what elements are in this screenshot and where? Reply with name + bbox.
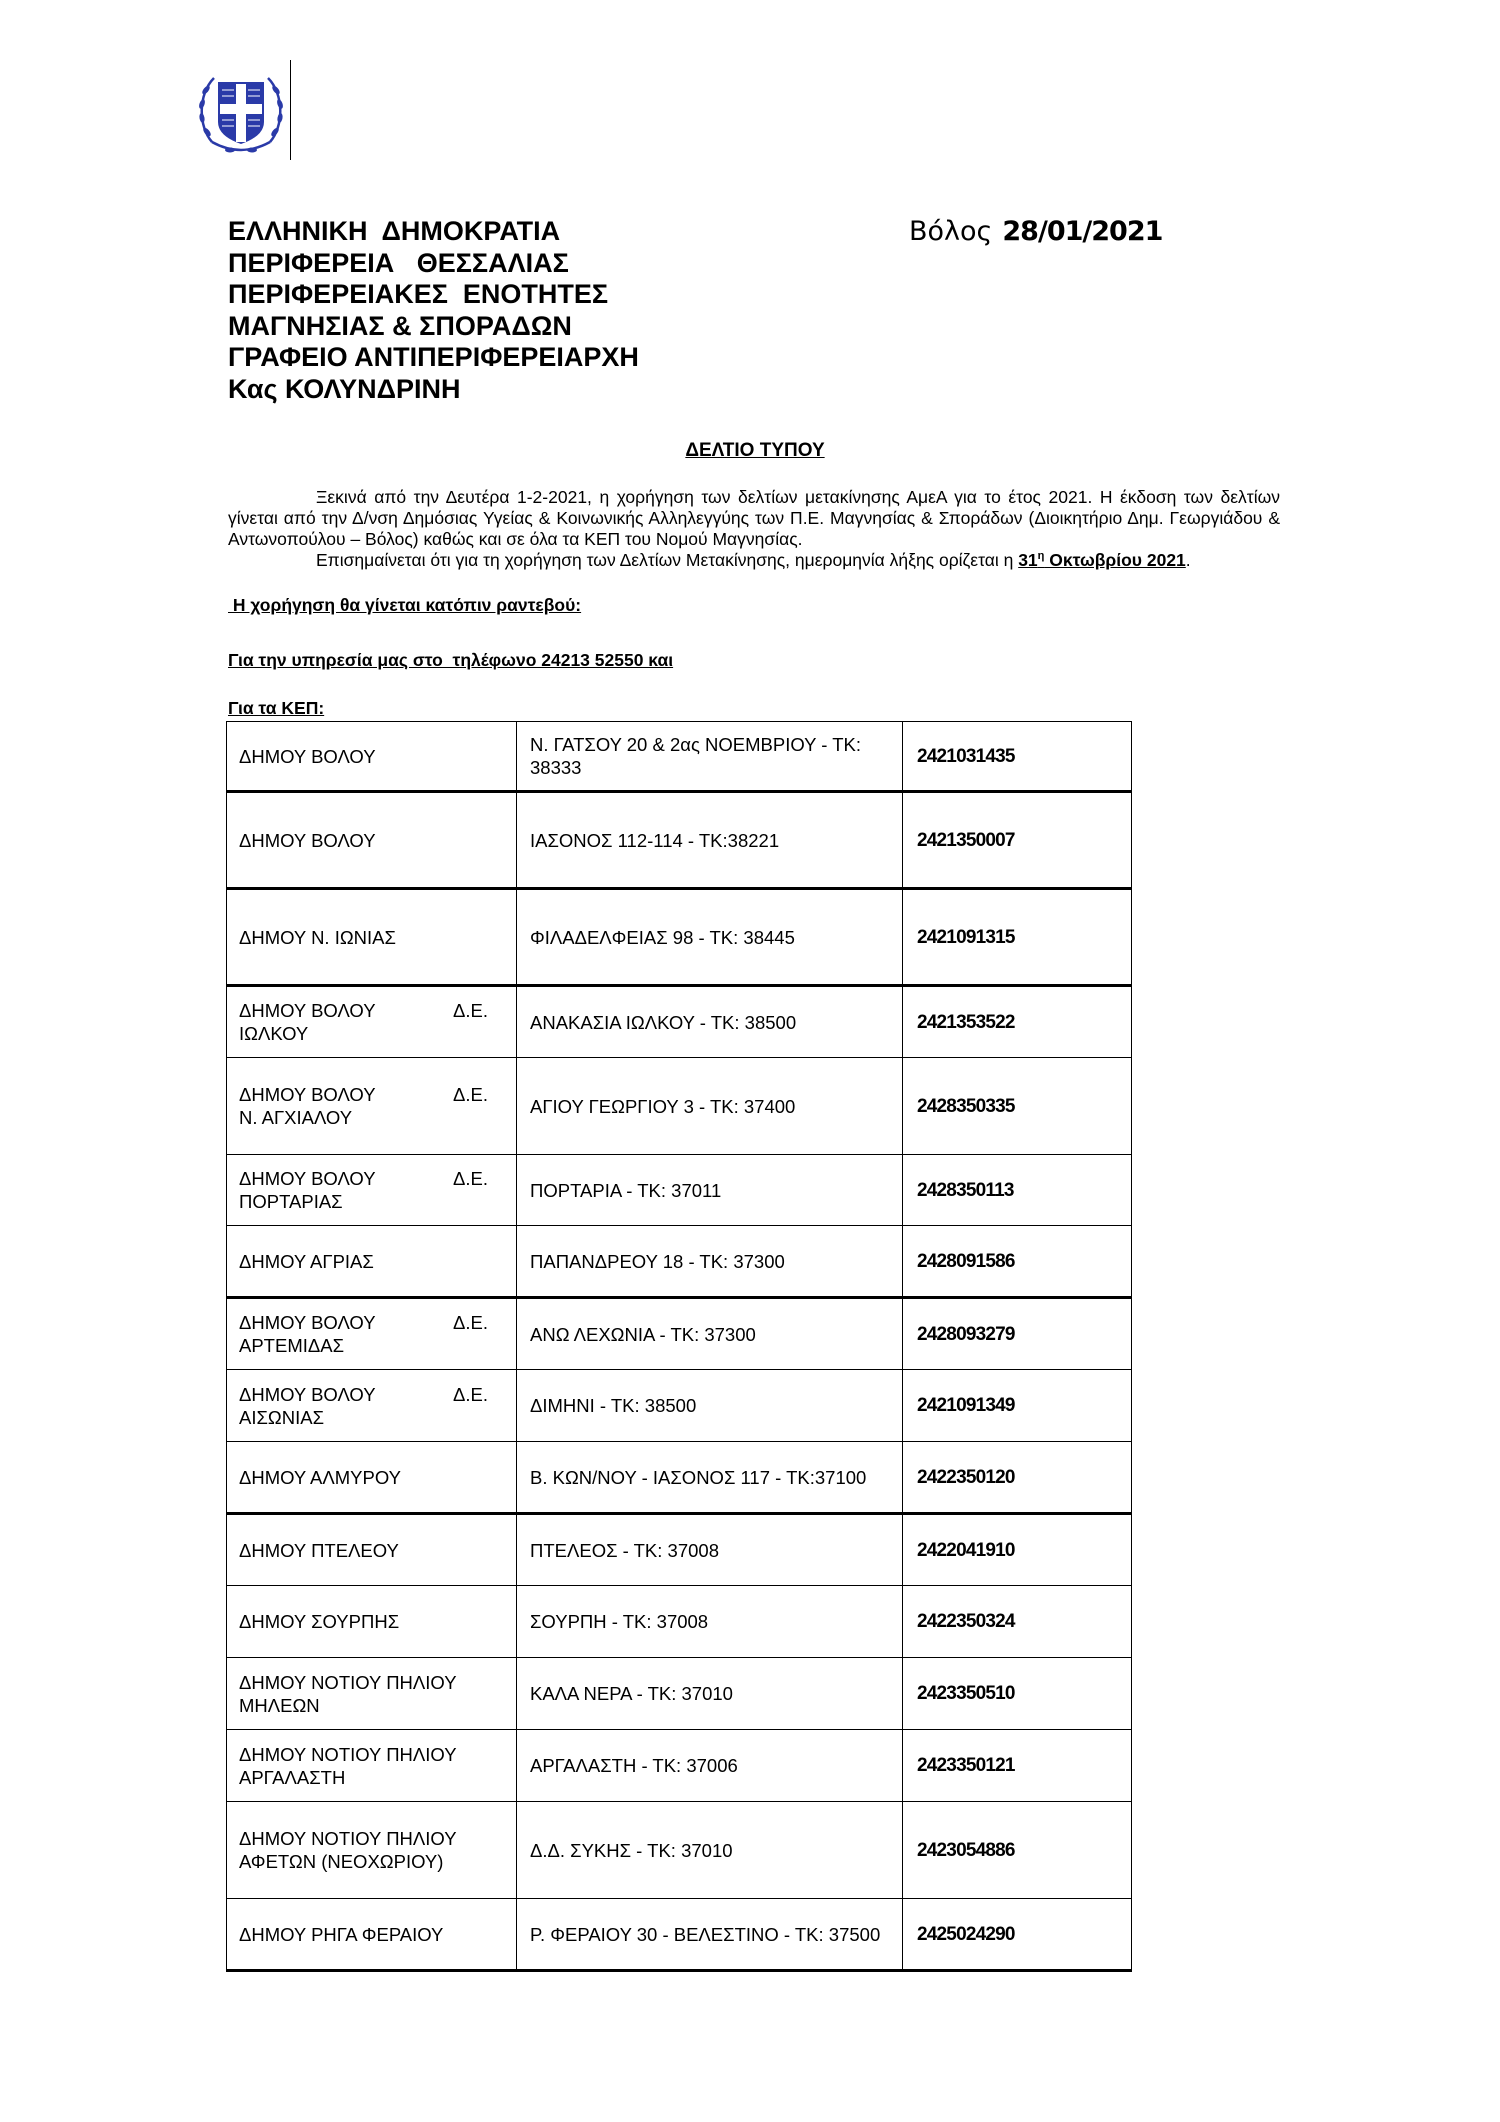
table-row: ΔΗΜΟΥ ΑΓΡΙΑΣΠΑΠΑΝΔΡΕΟΥ 18 - ΤΚ: 37300242…	[227, 1226, 1132, 1298]
municipality-cell: ΔΗΜΟΥ ΝΟΤΙΟΥ ΠΗΛΙΟΥΜΗΛΕΩΝ	[227, 1658, 517, 1730]
place-and-date: Βόλος28/01/2021	[909, 216, 1162, 247]
address-cell: ΑΓΙΟΥ ΓΕΩΡΓΙΟΥ 3 - ΤΚ: 37400	[517, 1058, 903, 1155]
municipality-cell: ΔΗΜΟΥ ΒΟΛΟΥΔ.Ε.Ν. ΑΓΧΙΑΛΟΥ	[227, 1058, 517, 1155]
table-row: ΔΗΜΟΥ ΒΟΛΟΥΙΑΣΟΝΟΣ 112-114 - ΤΚ:38221242…	[227, 792, 1132, 889]
table-row: ΔΗΜΟΥ ΝΟΤΙΟΥ ΠΗΛΙΟΥΑΡΓΑΛΑΣΤΗΑΡΓΑΛΑΣΤΗ - …	[227, 1730, 1132, 1802]
address-cell: ΦΙΛΑΔΕΛΦΕΙΑΣ 98 - ΤΚ: 38445	[517, 889, 903, 986]
phone-cell: 2421350007	[903, 792, 1132, 889]
phone-cell: 2421091315	[903, 889, 1132, 986]
phone-cell: 2422350120	[903, 1442, 1132, 1514]
kep-table: ΔΗΜΟΥ ΒΟΛΟΥΝ. ΓΑΤΣΟΥ 20 & 2ας ΝΟΕΜΒΡΙΟΥ …	[226, 721, 1132, 1972]
document-title: ΔΕΛΤΙΟ ΤΥΠΟΥ	[0, 440, 1500, 462]
municipality-cell: ΔΗΜΟΥ ΝΟΤΙΟΥ ΠΗΛΙΟΥΑΡΓΑΛΑΣΤΗ	[227, 1730, 517, 1802]
municipality-cell: ΔΗΜΟΥ ΒΟΛΟΥ	[227, 722, 517, 792]
address-cell: ΑΝΩ ΛΕΧΩΝΙΑ - ΤΚ: 37300	[517, 1298, 903, 1370]
org-line: Κας ΚΟΛΥΝΔΡΙΝΗ	[228, 374, 639, 406]
table-row: ΔΗΜΟΥ ΒΟΛΟΥΔ.Ε.Ν. ΑΓΧΙΑΛΟΥΑΓΙΟΥ ΓΕΩΡΓΙΟΥ…	[227, 1058, 1132, 1155]
service-phone-note: Για την υπηρεσία μας στο τηλέφωνο 24213 …	[228, 650, 673, 671]
municipality-cell: ΔΗΜΟΥ ΣΟΥΡΠΗΣ	[227, 1586, 517, 1658]
address-cell: Ρ. ΦΕΡΑΙΟΥ 30 - ΒΕΛΕΣΤΙΝΟ - ΤΚ: 37500	[517, 1899, 903, 1971]
table-row: ΔΗΜΟΥ ΑΛΜΥΡΟΥΒ. ΚΩΝ/ΝΟΥ - ΙΑΣΟΝΟΣ 117 - …	[227, 1442, 1132, 1514]
phone-cell: 2428350335	[903, 1058, 1132, 1155]
municipality-cell: ΔΗΜΟΥ ΒΟΛΟΥΔ.Ε.ΙΩΛΚΟΥ	[227, 986, 517, 1058]
org-line: ΠΕΡΙΦΕΡΕΙΑ ΘΕΣΣΑΛΙΑΣ	[228, 248, 639, 280]
address-cell: ΚΑΛΑ ΝΕΡΑ - ΤΚ: 37010	[517, 1658, 903, 1730]
municipality-cell: ΔΗΜΟΥ ΝΟΤΙΟΥ ΠΗΛΙΟΥΑΦΕΤΩΝ (ΝΕΟΧΩΡΙΟΥ)	[227, 1802, 517, 1899]
address-cell: ΣΟΥΡΠΗ - ΤΚ: 37008	[517, 1586, 903, 1658]
address-cell: ΠΟΡΤΑΡΙΑ - ΤΚ: 37011	[517, 1155, 903, 1226]
paragraph-deadline: Επισημαίνεται ότι για τη χορήγηση των Δε…	[228, 550, 1280, 571]
phone-cell: 2422350324	[903, 1586, 1132, 1658]
kep-heading: Για τα ΚΕΠ:	[228, 698, 324, 719]
org-line: ΠΕΡΙΦΕΡΕΙΑΚΕΣ ΕΝΟΤΗΤΕΣ	[228, 279, 639, 311]
greek-coat-of-arms-icon	[192, 60, 290, 160]
address-cell: ΠΑΠΑΝΔΡΕΟΥ 18 - ΤΚ: 37300	[517, 1226, 903, 1298]
table-row: ΔΗΜΟΥ ΣΟΥΡΠΗΣΣΟΥΡΠΗ - ΤΚ: 37008242235032…	[227, 1586, 1132, 1658]
table-row: ΔΗΜΟΥ ΒΟΛΟΥΔ.Ε.ΠΟΡΤΑΡΙΑΣΠΟΡΤΑΡΙΑ - ΤΚ: 3…	[227, 1155, 1132, 1226]
municipality-cell: ΔΗΜΟΥ ΒΟΛΟΥΔ.Ε.ΑΙΣΩΝΙΑΣ	[227, 1370, 517, 1442]
municipality-cell: ΔΗΜΟΥ ΒΟΛΟΥ	[227, 792, 517, 889]
org-line: ΓΡΑΦΕΙΟ ΑΝΤΙΠΕΡΙΦΕΡΕΙΑΡΧΗ	[228, 342, 639, 374]
address-cell: Ν. ΓΑΤΣΟΥ 20 & 2ας ΝΟΕΜΒΡΙΟΥ - ΤΚ: 38333	[517, 722, 903, 792]
deadline: 31η Οκτωβρίου 2021	[1018, 550, 1186, 570]
table-row: ΔΗΜΟΥ ΒΟΛΟΥΔ.Ε.ΑΡΤΕΜΙΔΑΣΑΝΩ ΛΕΧΩΝΙΑ - ΤΚ…	[227, 1298, 1132, 1370]
municipality-cell: ΔΗΜΟΥ ΒΟΛΟΥΔ.Ε.ΠΟΡΤΑΡΙΑΣ	[227, 1155, 517, 1226]
phone-cell: 2423054886	[903, 1802, 1132, 1899]
phone-cell: 2428093279	[903, 1298, 1132, 1370]
municipality-cell: ΔΗΜΟΥ ΒΟΛΟΥΔ.Ε.ΑΡΤΕΜΙΔΑΣ	[227, 1298, 517, 1370]
appointment-note: Η χορήγηση θα γίνεται κατόπιν ραντεβού:	[228, 595, 581, 616]
phone-cell: 2421353522	[903, 986, 1132, 1058]
organization-header: ΕΛΛΗΝΙΚΗ ΔΗΜΟΚΡΑΤΙΑ ΠΕΡΙΦΕΡΕΙΑ ΘΕΣΣΑΛΙΑΣ…	[228, 216, 639, 405]
municipality-cell: ΔΗΜΟΥ ΑΛΜΥΡΟΥ	[227, 1442, 517, 1514]
table-row: ΔΗΜΟΥ ΝΟΤΙΟΥ ΠΗΛΙΟΥΑΦΕΤΩΝ (ΝΕΟΧΩΡΙΟΥ)Δ.Δ…	[227, 1802, 1132, 1899]
table-row: ΔΗΜΟΥ ΒΟΛΟΥΔ.Ε.ΑΙΣΩΝΙΑΣΔΙΜΗΝΙ - ΤΚ: 3850…	[227, 1370, 1132, 1442]
municipality-cell: ΔΗΜΟΥ ΡΗΓΑ ΦΕΡΑΙΟΥ	[227, 1899, 517, 1971]
address-cell: Δ.Δ. ΣΥΚΗΣ - ΤΚ: 37010	[517, 1802, 903, 1899]
table-row: ΔΗΜΟΥ ΝΟΤΙΟΥ ΠΗΛΙΟΥΜΗΛΕΩΝΚΑΛΑ ΝΕΡΑ - ΤΚ:…	[227, 1658, 1132, 1730]
address-cell: ΑΝΑΚΑΣΙΑ ΙΩΛΚΟΥ - ΤΚ: 38500	[517, 986, 903, 1058]
phone-cell: 2428350113	[903, 1155, 1132, 1226]
header-divider	[290, 60, 291, 160]
date: 28/01/2021	[1002, 216, 1162, 247]
paragraph-intro: Ξεκινά από την Δευτέρα 1-2-2021, η χορήγ…	[228, 487, 1280, 550]
phone-cell: 2425024290	[903, 1899, 1132, 1971]
address-cell: ΙΑΣΟΝΟΣ 112-114 - ΤΚ:38221	[517, 792, 903, 889]
phone-cell: 2421091349	[903, 1370, 1132, 1442]
address-cell: Β. ΚΩΝ/ΝΟΥ - ΙΑΣΟΝΟΣ 117 - ΤΚ:37100	[517, 1442, 903, 1514]
phone-cell: 2428091586	[903, 1226, 1132, 1298]
table-row: ΔΗΜΟΥ ΠΤΕΛΕΟΥΠΤΕΛΕΟΣ - ΤΚ: 3700824220419…	[227, 1514, 1132, 1586]
table-row: ΔΗΜΟΥ ΒΟΛΟΥΝ. ΓΑΤΣΟΥ 20 & 2ας ΝΟΕΜΒΡΙΟΥ …	[227, 722, 1132, 792]
phone-cell: 2423350121	[903, 1730, 1132, 1802]
org-line: ΕΛΛΗΝΙΚΗ ΔΗΜΟΚΡΑΤΙΑ	[228, 216, 639, 248]
municipality-cell: ΔΗΜΟΥ Ν. ΙΩΝΙΑΣ	[227, 889, 517, 986]
phone-cell: 2421031435	[903, 722, 1132, 792]
phone-cell: 2422041910	[903, 1514, 1132, 1586]
phone-cell: 2423350510	[903, 1658, 1132, 1730]
address-cell: ΔΙΜΗΝΙ - ΤΚ: 38500	[517, 1370, 903, 1442]
place: Βόλος	[909, 216, 992, 247]
municipality-cell: ΔΗΜΟΥ ΑΓΡΙΑΣ	[227, 1226, 517, 1298]
address-cell: ΑΡΓΑΛΑΣΤΗ - ΤΚ: 37006	[517, 1730, 903, 1802]
table-row: ΔΗΜΟΥ ΡΗΓΑ ΦΕΡΑΙΟΥΡ. ΦΕΡΑΙΟΥ 30 - ΒΕΛΕΣΤ…	[227, 1899, 1132, 1971]
press-release-body: Ξεκινά από την Δευτέρα 1-2-2021, η χορήγ…	[228, 487, 1280, 571]
address-cell: ΠΤΕΛΕΟΣ - ΤΚ: 37008	[517, 1514, 903, 1586]
table-row: ΔΗΜΟΥ ΒΟΛΟΥΔ.Ε.ΙΩΛΚΟΥΑΝΑΚΑΣΙΑ ΙΩΛΚΟΥ - Τ…	[227, 986, 1132, 1058]
table-row: ΔΗΜΟΥ Ν. ΙΩΝΙΑΣΦΙΛΑΔΕΛΦΕΙΑΣ 98 - ΤΚ: 384…	[227, 889, 1132, 986]
org-line: ΜΑΓΝΗΣΙΑΣ & ΣΠΟΡΑΔΩΝ	[228, 311, 639, 343]
municipality-cell: ΔΗΜΟΥ ΠΤΕΛΕΟΥ	[227, 1514, 517, 1586]
